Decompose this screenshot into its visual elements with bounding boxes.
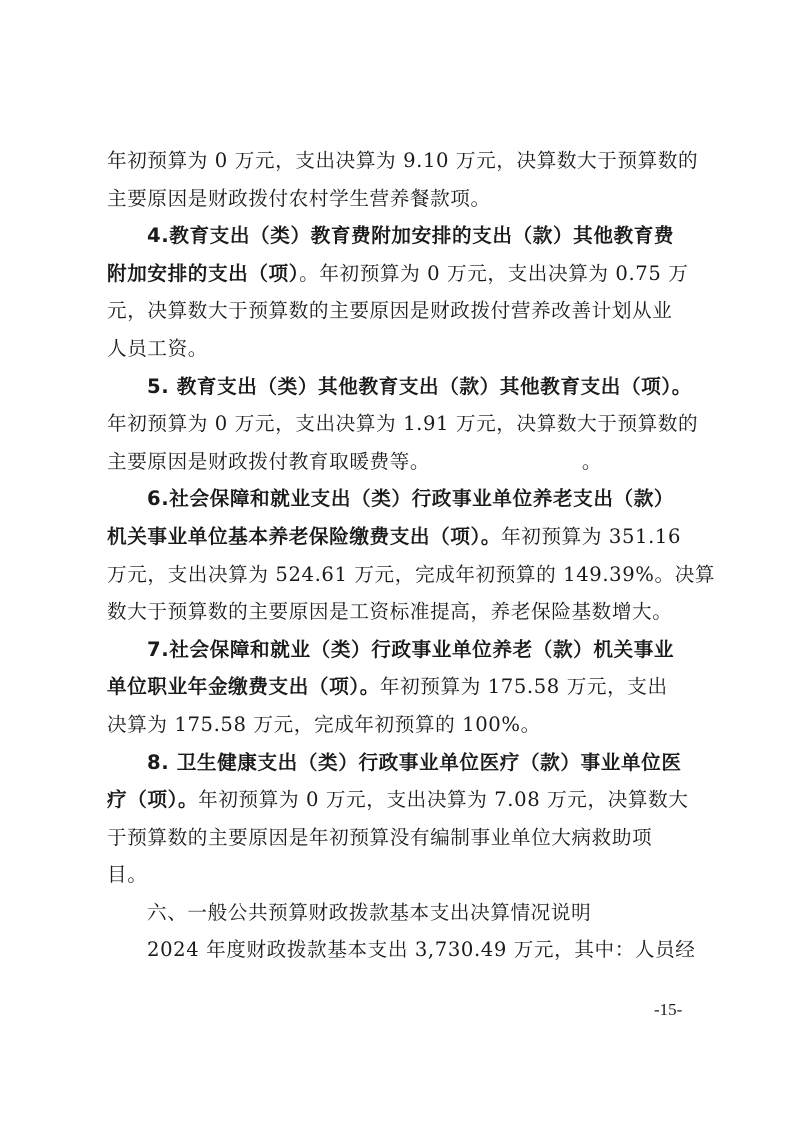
paragraph-item-5: 5. 教育支出（类）其他教育支出（款）其他教育支出（项）。 年初预算为 0 万元… xyxy=(107,368,691,481)
text-line: 于预算数的主要原因是年初预算没有编制事业单位大病救助项 xyxy=(107,819,691,857)
text-line: 数大于预算数的主要原因是工资标准提高，养老保险基数增大。 xyxy=(107,593,691,631)
text-line: 目。 xyxy=(107,856,691,894)
paragraph-item-7: 7.社会保障和就业（类）行政事业单位养老（款）机关事业 单位职业年金缴费支出（项… xyxy=(107,631,691,744)
item-heading-line: 7.社会保障和就业（类）行政事业单位养老（款）机关事业 xyxy=(107,631,691,669)
text-line: 人员工资。 xyxy=(107,330,691,368)
paragraph-item-4: 4.教育支出（类）教育费附加安排的支出（款）其他教育费 附加安排的支出（项）。年… xyxy=(107,217,691,367)
text-line: 年初预算为 0 万元，支出决算为 9.10 万元，决算数大于预算数的 xyxy=(107,142,691,180)
item-heading-line: 4.教育支出（类）教育费附加安排的支出（款）其他教育费 xyxy=(107,217,691,255)
text-line: 附加安排的支出（项）。年初预算为 0 万元，支出决算为 0.75 万 xyxy=(107,255,691,293)
text-line: 疗（项）。年初预算为 0 万元，支出决算为 7.08 万元，决算数大 xyxy=(107,781,691,819)
page-number: -15- xyxy=(654,1000,682,1020)
paragraph-item-8: 8. 卫生健康支出（类）行政事业单位医疗（款）事业单位医 疗（项）。年初预算为 … xyxy=(107,744,691,894)
text-line: 年初预算为 0 万元，支出决算为 1.91 万元，决算数大于预算数的 xyxy=(107,405,691,443)
section-heading: 六、一般公共预算财政拨款基本支出决算情况说明 xyxy=(107,894,691,932)
text-line: 机关事业单位基本养老保险缴费支出（项）。年初预算为 351.16 xyxy=(107,518,691,556)
item-heading-line: 5. 教育支出（类）其他教育支出（款）其他教育支出（项）。 xyxy=(107,368,691,406)
text-line: 万元，支出决算为 524.61 万元，完成年初预算的 149.39%。决算 xyxy=(107,556,691,594)
paragraph-continuation: 年初预算为 0 万元，支出决算为 9.10 万元，决算数大于预算数的 主要原因是… xyxy=(107,142,691,217)
item-heading-line: 8. 卫生健康支出（类）行政事业单位医疗（款）事业单位医 xyxy=(107,744,691,782)
text-line: 元，决算数大于预算数的主要原因是财政拨付营养改善计划从业 xyxy=(107,292,691,330)
text-line: 主要原因是财政拨付教育取暖费等。 。 xyxy=(107,443,691,481)
item-heading-line: 6.社会保障和就业支出（类）行政事业单位养老支出（款） xyxy=(107,480,691,518)
text-line: 2024 年度财政拨款基本支出 3,730.49 万元，其中：人员经 xyxy=(107,931,691,969)
document-body: 年初预算为 0 万元，支出决算为 9.10 万元，决算数大于预算数的 主要原因是… xyxy=(107,142,691,969)
text-line: 决算为 175.58 万元，完成年初预算的 100%。 xyxy=(107,706,691,744)
text-line: 单位职业年金缴费支出（项）。年初预算为 175.58 万元，支出 xyxy=(107,668,691,706)
text-line: 主要原因是财政拨付农村学生营养餐款项。 xyxy=(107,180,691,218)
paragraph-item-6: 6.社会保障和就业支出（类）行政事业单位养老支出（款） 机关事业单位基本养老保险… xyxy=(107,480,691,630)
